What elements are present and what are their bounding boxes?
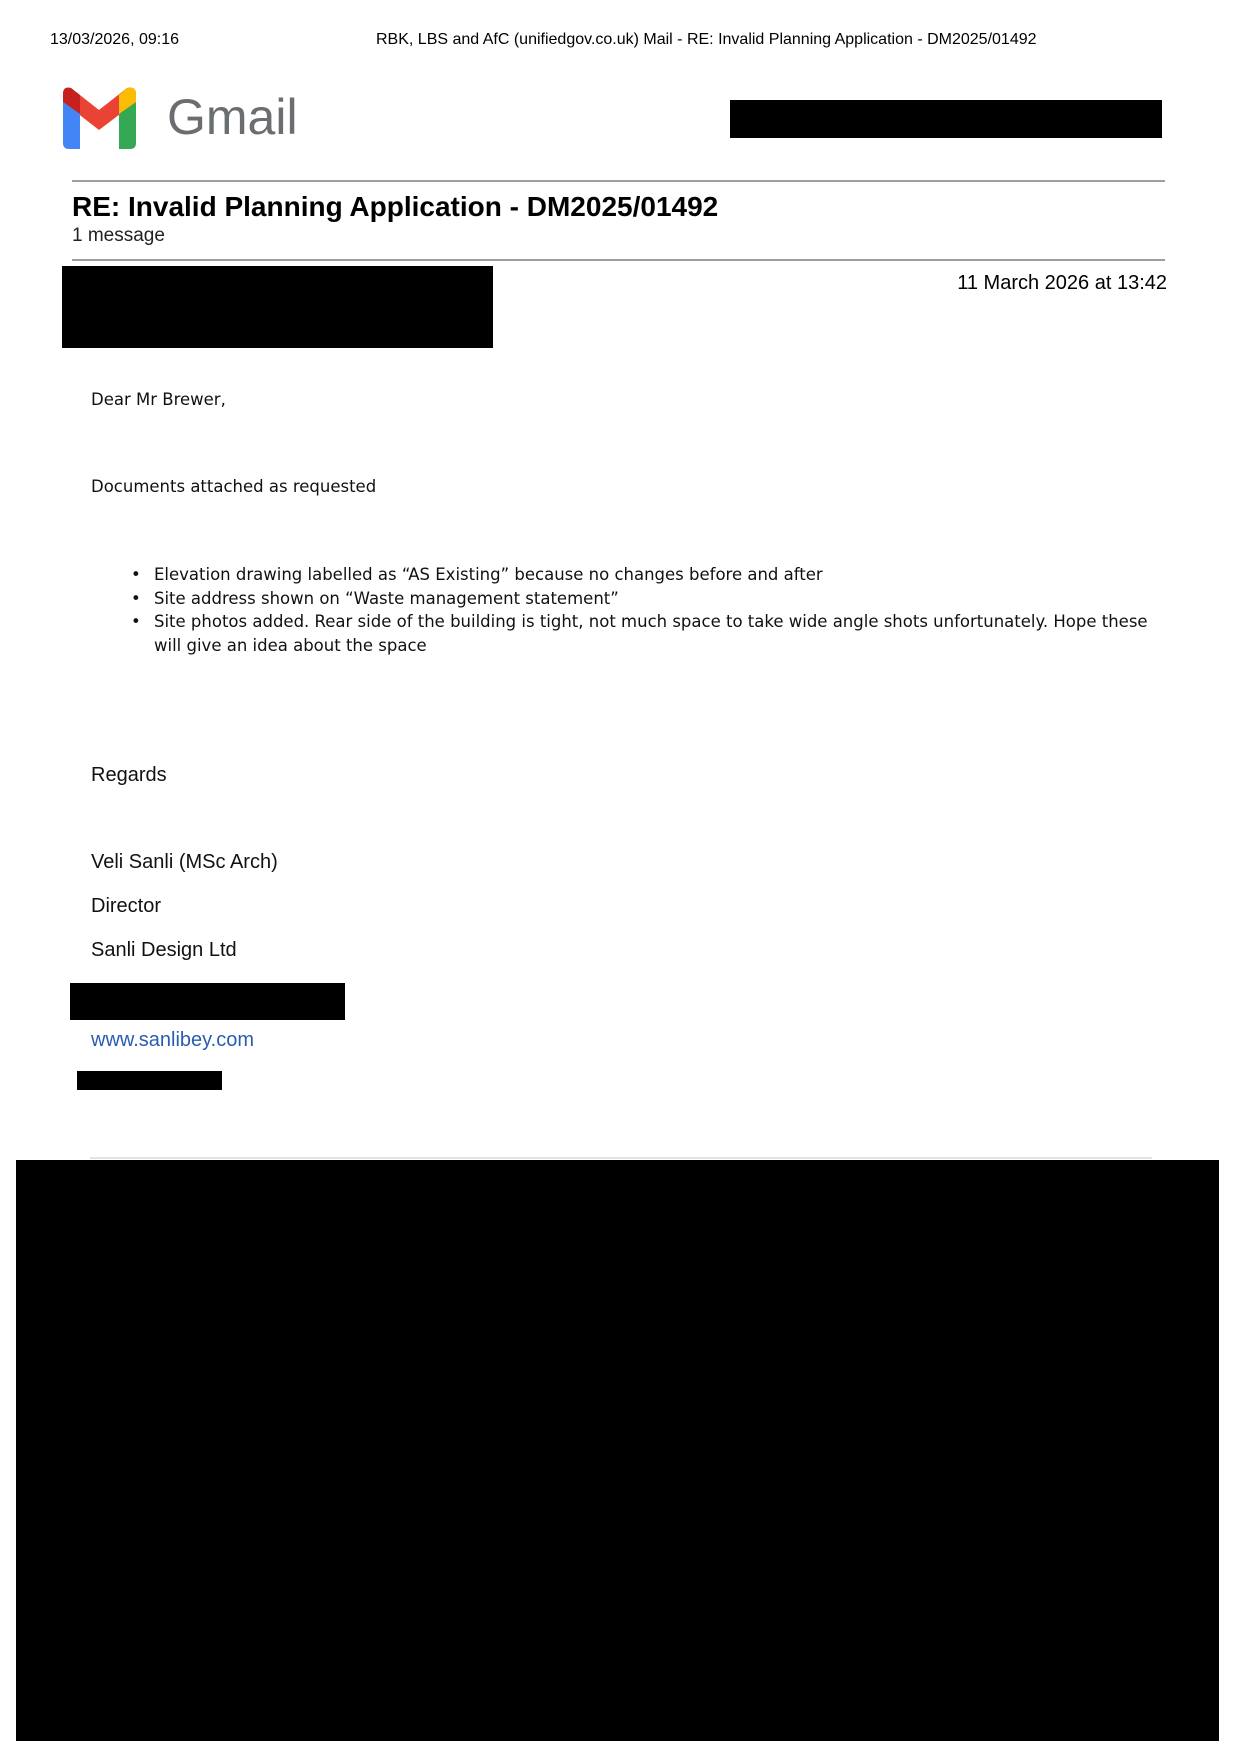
gmail-wordmark: Gmail bbox=[167, 88, 298, 146]
redacted-quoted-message bbox=[16, 1160, 1219, 1741]
header-divider bbox=[72, 180, 1165, 182]
quoted-divider bbox=[90, 1157, 1152, 1159]
bullet-icon: • bbox=[131, 587, 141, 611]
redacted-signature-contact bbox=[70, 983, 345, 1020]
redacted-sender bbox=[62, 266, 493, 348]
list-item: •Site address shown on “Waste management… bbox=[128, 587, 1168, 611]
print-datetime: 13/03/2026, 09:16 bbox=[50, 31, 179, 49]
signature-company: Sanli Design Ltd bbox=[91, 939, 237, 962]
signature-name: Veli Sanli (MSc Arch) bbox=[91, 851, 278, 874]
bullet-icon: • bbox=[131, 610, 141, 634]
attachment-notes-list: •Elevation drawing labelled as “AS Exist… bbox=[128, 563, 1168, 657]
gmail-logo-icon bbox=[63, 86, 136, 149]
bullet-icon: • bbox=[131, 563, 141, 587]
subject-divider bbox=[72, 259, 1165, 261]
list-item: •Site photos added. Rear side of the bui… bbox=[128, 610, 1168, 657]
signature-role: Director bbox=[91, 895, 161, 918]
greeting: Dear Mr Brewer, bbox=[91, 390, 226, 409]
closing: Regards bbox=[91, 764, 167, 787]
message-date: 11 March 2026 at 13:42 bbox=[957, 272, 1167, 295]
list-item: •Elevation drawing labelled as “AS Exist… bbox=[128, 563, 1168, 587]
redacted-signature-detail bbox=[77, 1071, 222, 1090]
print-page-title: RBK, LBS and AfC (unifiedgov.co.uk) Mail… bbox=[376, 31, 1037, 49]
website-link[interactable]: www.sanlibey.com bbox=[91, 1029, 254, 1052]
redacted-account-email bbox=[730, 100, 1162, 138]
intro-text: Documents attached as requested bbox=[91, 477, 376, 496]
thread-subject: RE: Invalid Planning Application - DM202… bbox=[72, 191, 718, 223]
message-count: 1 message bbox=[72, 225, 165, 247]
